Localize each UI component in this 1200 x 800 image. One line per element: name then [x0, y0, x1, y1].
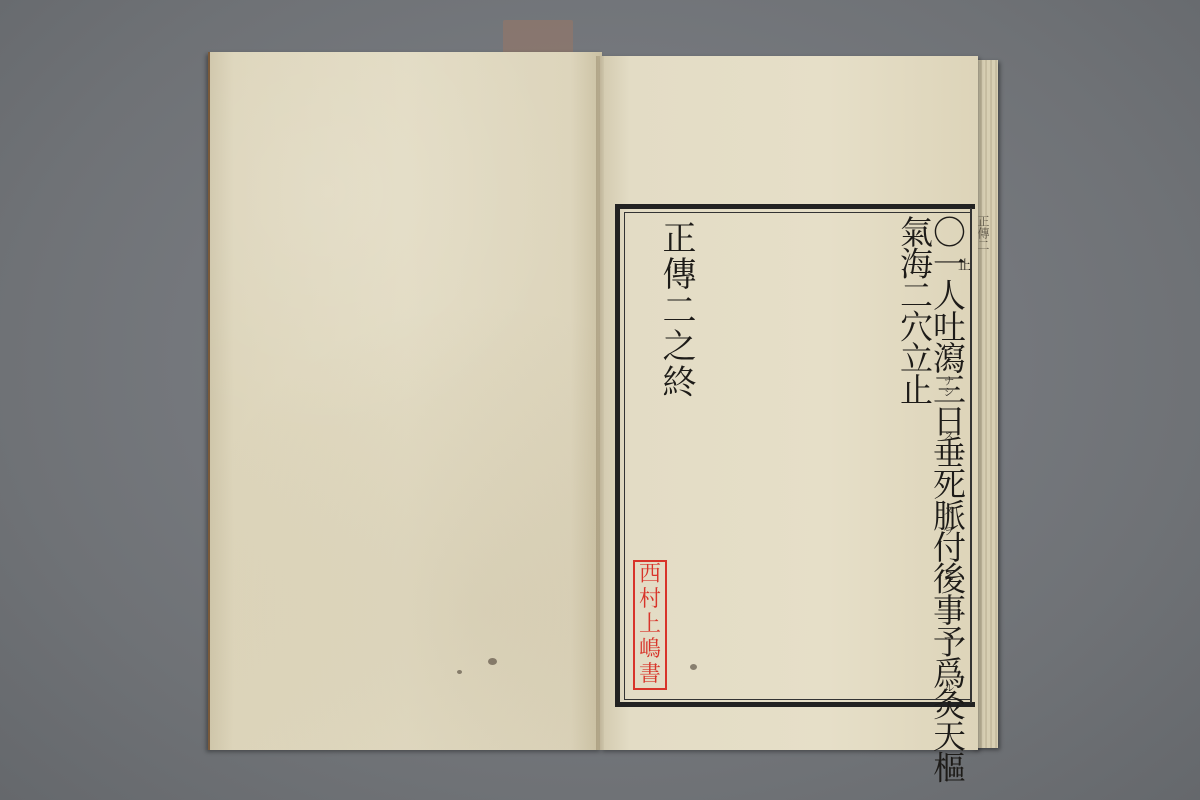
kana-gloss: ヲ [940, 525, 956, 536]
gutter [596, 56, 604, 750]
ownership-seal: 西 村 上 嶋 書 [633, 560, 667, 690]
margin-label: 正傳二 [976, 215, 992, 251]
stop-mark: 止 [953, 258, 972, 271]
kana-gloss: ス [940, 430, 956, 441]
column-rule [970, 208, 972, 703]
kana-gloss: ナシ [940, 375, 956, 397]
left-page [208, 52, 602, 750]
chapter-end-title: 正傳二之終 [652, 220, 701, 400]
seal-char: 上 [639, 613, 661, 637]
seal-char: 嶋 [639, 638, 661, 662]
seal-char: 書 [639, 663, 661, 687]
kana-gloss: ス [940, 505, 956, 516]
kana-gloss: ニ [940, 630, 956, 641]
kana-gloss: ス [940, 570, 956, 581]
stain [457, 670, 462, 674]
stain [488, 658, 497, 665]
seal-char: 村 [639, 588, 661, 612]
kana-gloss: ル [940, 682, 956, 693]
open-book: 正傳二之終 〇一人吐瀉三日垂死脈付後事予爲灸天樞氣海二穴立止 止 ナシ ス ス … [0, 0, 1200, 800]
seal-char: 西 [639, 563, 661, 587]
